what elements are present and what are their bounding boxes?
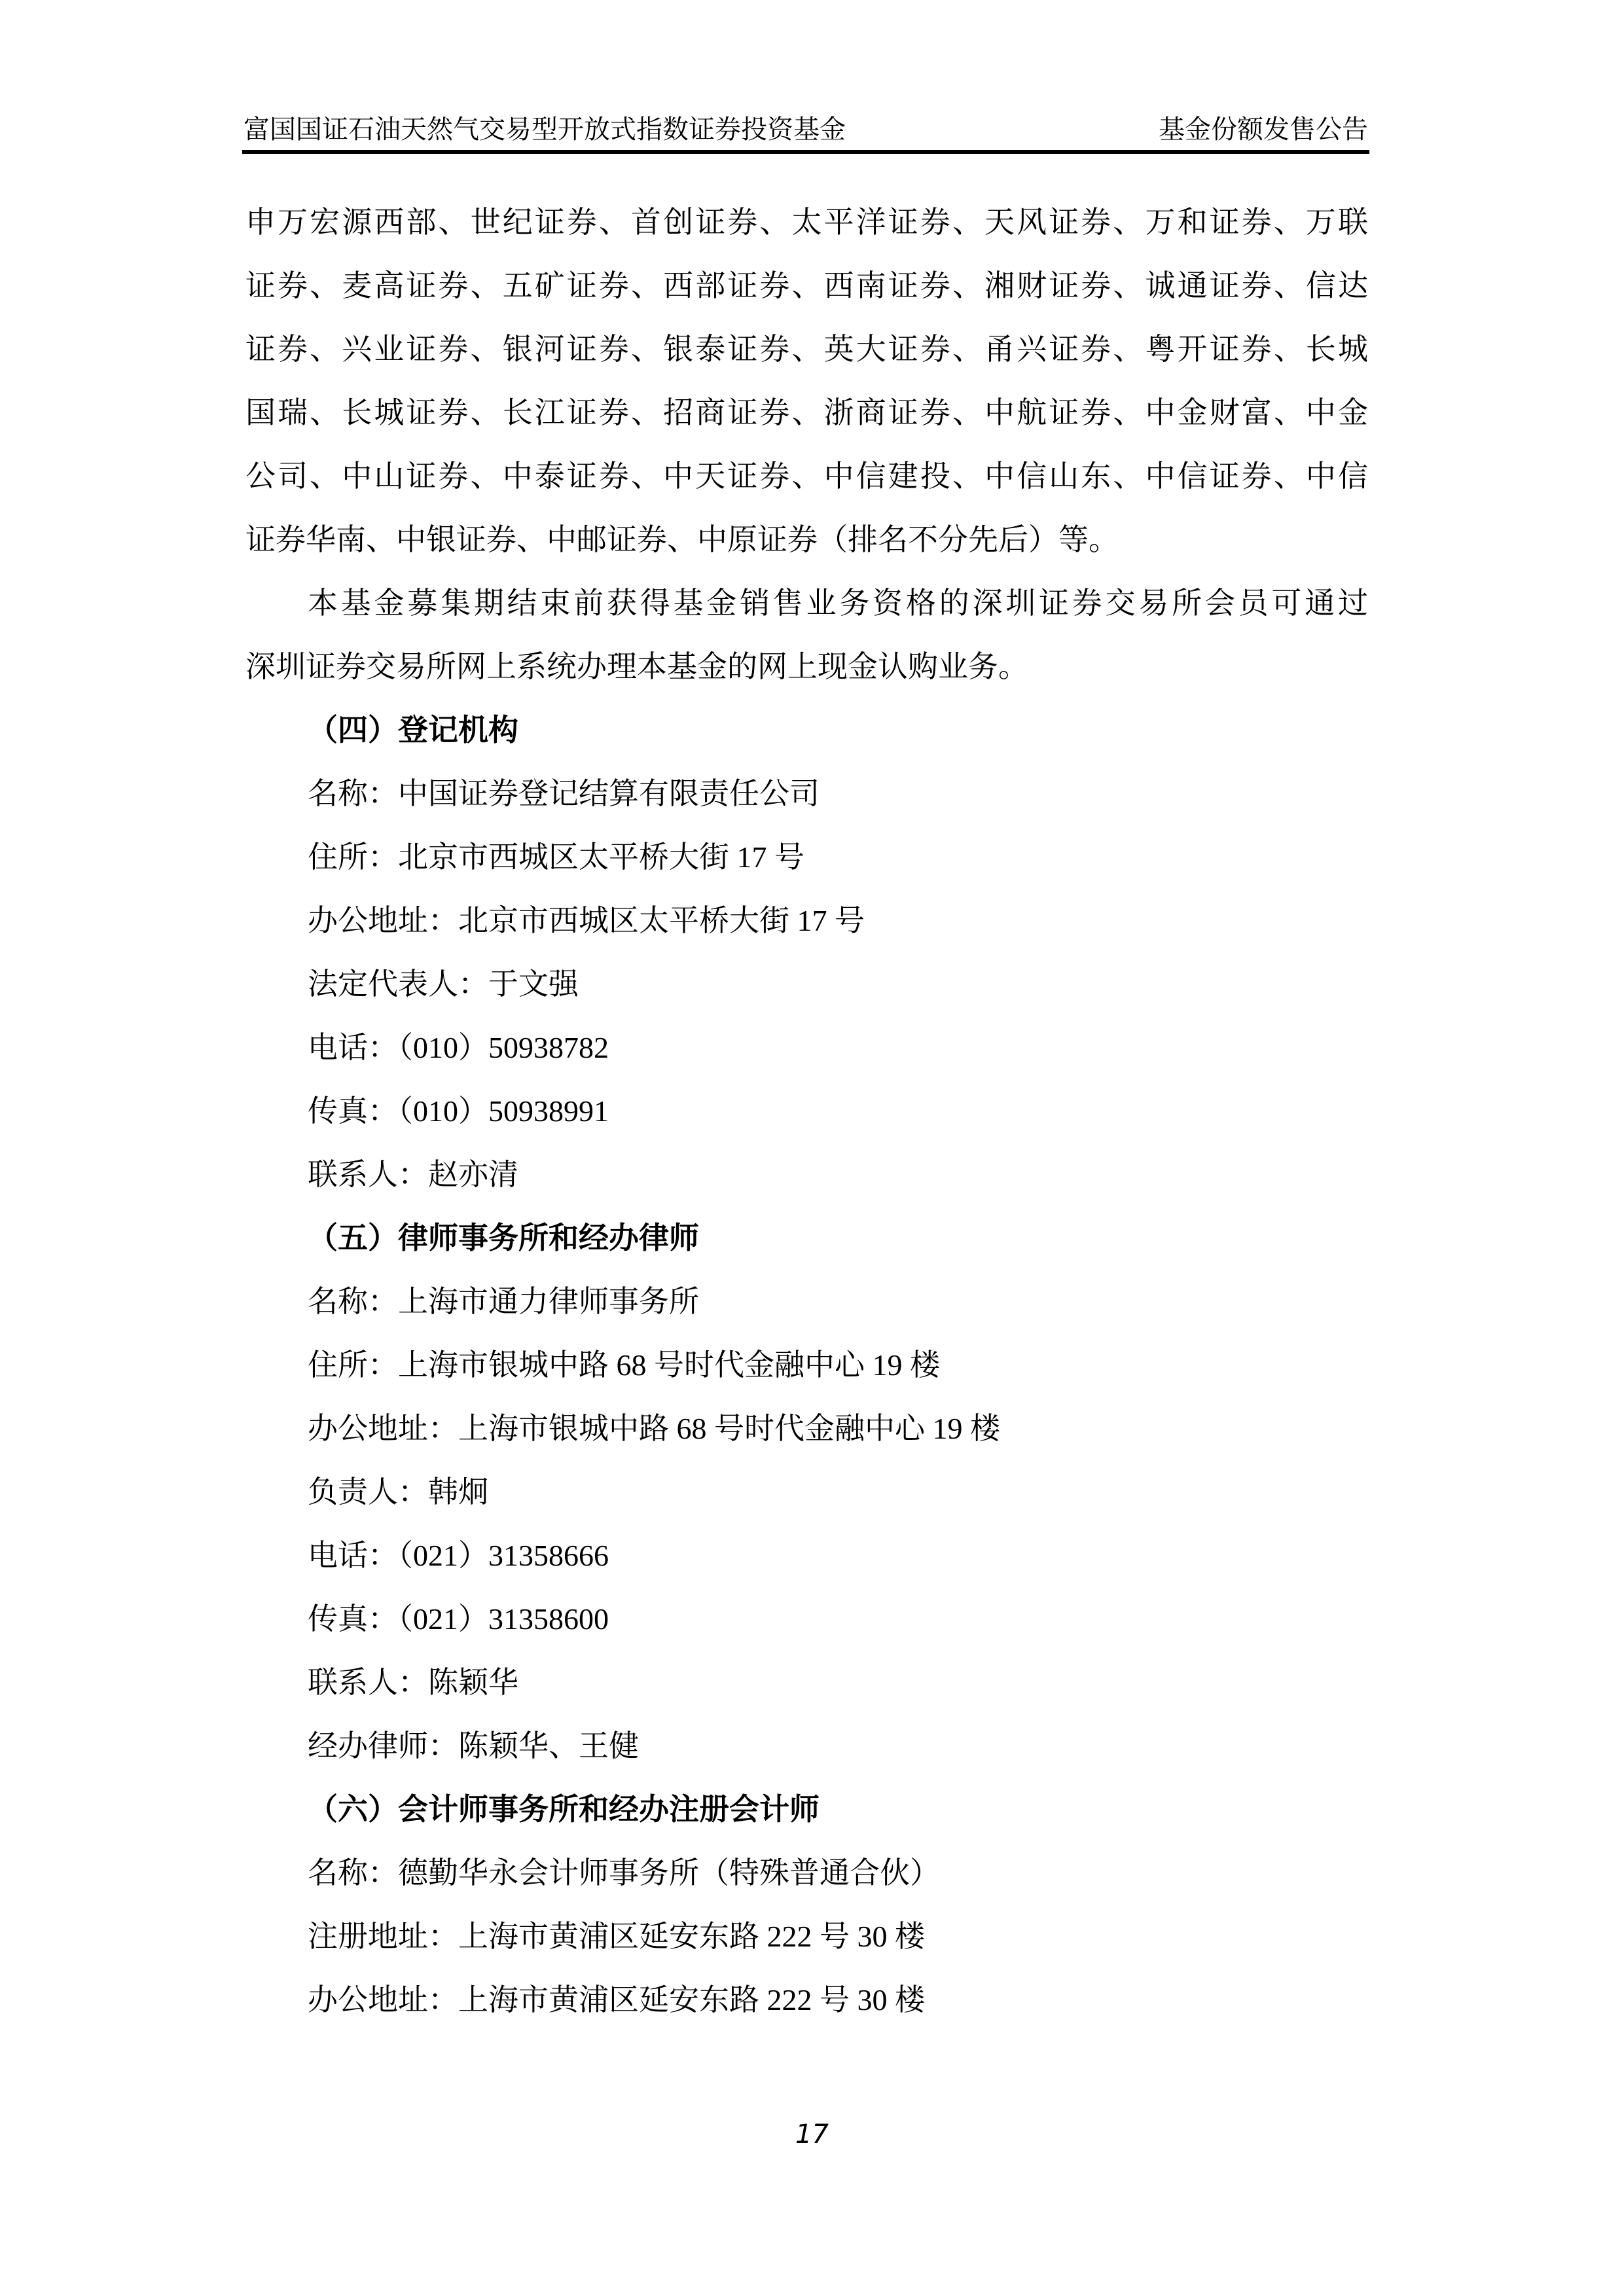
section-heading: （六）会计师事务所和经办注册会计师 [245,1787,1368,1850]
accounting-firm-name: 名称：德勤华永会计师事务所（特殊普通合伙） [245,1850,1368,1914]
section-heading: （五）律师事务所和经办律师 [245,1215,1368,1279]
page-header: 富国国证石油天然气交易型开放式指数证券投资基金 基金份额发售公告 [244,110,1368,149]
section-heading: （四）登记机构 [245,708,1368,771]
page-number: 17 [0,2119,1624,2149]
registrar-office-address: 办公地址：北京市西城区太平桥大街 17 号 [245,898,1368,961]
text-line: 证券、兴业证券、银河证券、银泰证券、英大证券、甬兴证券、粤开证券、长城 [245,327,1368,390]
text-line: 证券、麦高证券、五矿证券、西部证券、西南证券、湘财证券、诚通证券、信达 [245,263,1368,327]
document-type-header: 基金份额发售公告 [1159,110,1368,149]
registrar-name: 名称：中国证券登记结算有限责任公司 [245,771,1368,834]
section-accounting-firm: （六）会计师事务所和经办注册会计师 名称：德勤华永会计师事务所（特殊普通合伙） … [245,1787,1368,2041]
text-line: 国瑞、长城证券、长江证券、招商证券、浙商证券、中航证券、中金财富、中金 [245,390,1368,454]
fund-name-header: 富国国证石油天然气交易型开放式指数证券投资基金 [244,110,846,149]
document-body: 申万宏源西部、世纪证券、首创证券、太平洋证券、天风证券、万和证券、万联 证券、麦… [245,200,1368,2041]
text-line: 证券华南、中银证券、中邮证券、中原证券（排名不分先后）等。 [245,517,1368,581]
law-firm-phone: 电话：（021）31358666 [245,1533,1368,1596]
text-line: 申万宏源西部、世纪证券、首创证券、太平洋证券、天风证券、万和证券、万联 [245,200,1368,263]
registrar-legal-rep: 法定代表人：于文强 [245,961,1368,1025]
text-line: 本基金募集期结束前获得基金销售业务资格的深圳证券交易所会员可通过 [245,581,1368,644]
law-firm-name: 名称：上海市通力律师事务所 [245,1279,1368,1342]
law-firm-contact: 联系人：陈颖华 [245,1660,1368,1723]
law-firm-lawyers: 经办律师：陈颖华、王健 [245,1723,1368,1787]
szse-member-paragraph: 本基金募集期结束前获得基金销售业务资格的深圳证券交易所会员可通过 深圳证券交易所… [245,581,1368,708]
registrar-contact: 联系人：赵亦清 [245,1152,1368,1215]
accounting-firm-registered-address: 注册地址：上海市黄浦区延安东路 222 号 30 楼 [245,1914,1368,1977]
text-line: 深圳证券交易所网上系统办理本基金的网上现金认购业务。 [245,644,1368,708]
broker-list-paragraph: 申万宏源西部、世纪证券、首创证券、太平洋证券、天风证券、万和证券、万联 证券、麦… [245,200,1368,581]
law-firm-office-address: 办公地址：上海市银城中路 68 号时代金融中心 19 楼 [245,1406,1368,1469]
text-line: 公司、中山证券、中泰证券、中天证券、中信建投、中信山东、中信证券、中信 [245,454,1368,517]
header-rule [242,150,1369,154]
law-firm-address: 住所：上海市银城中路 68 号时代金融中心 19 楼 [245,1342,1368,1406]
section-law-firm: （五）律师事务所和经办律师 名称：上海市通力律师事务所 住所：上海市银城中路 6… [245,1215,1368,1787]
law-firm-fax: 传真：（021）31358600 [245,1596,1368,1660]
section-registrar: （四）登记机构 名称：中国证券登记结算有限责任公司 住所：北京市西城区太平桥大街… [245,708,1368,1215]
accounting-firm-office-address: 办公地址：上海市黄浦区延安东路 222 号 30 楼 [245,1977,1368,2041]
registrar-address: 住所：北京市西城区太平桥大街 17 号 [245,834,1368,898]
registrar-phone: 电话：（010）50938782 [245,1025,1368,1088]
law-firm-principal: 负责人：韩炯 [245,1469,1368,1533]
registrar-fax: 传真：（010）50938991 [245,1088,1368,1152]
